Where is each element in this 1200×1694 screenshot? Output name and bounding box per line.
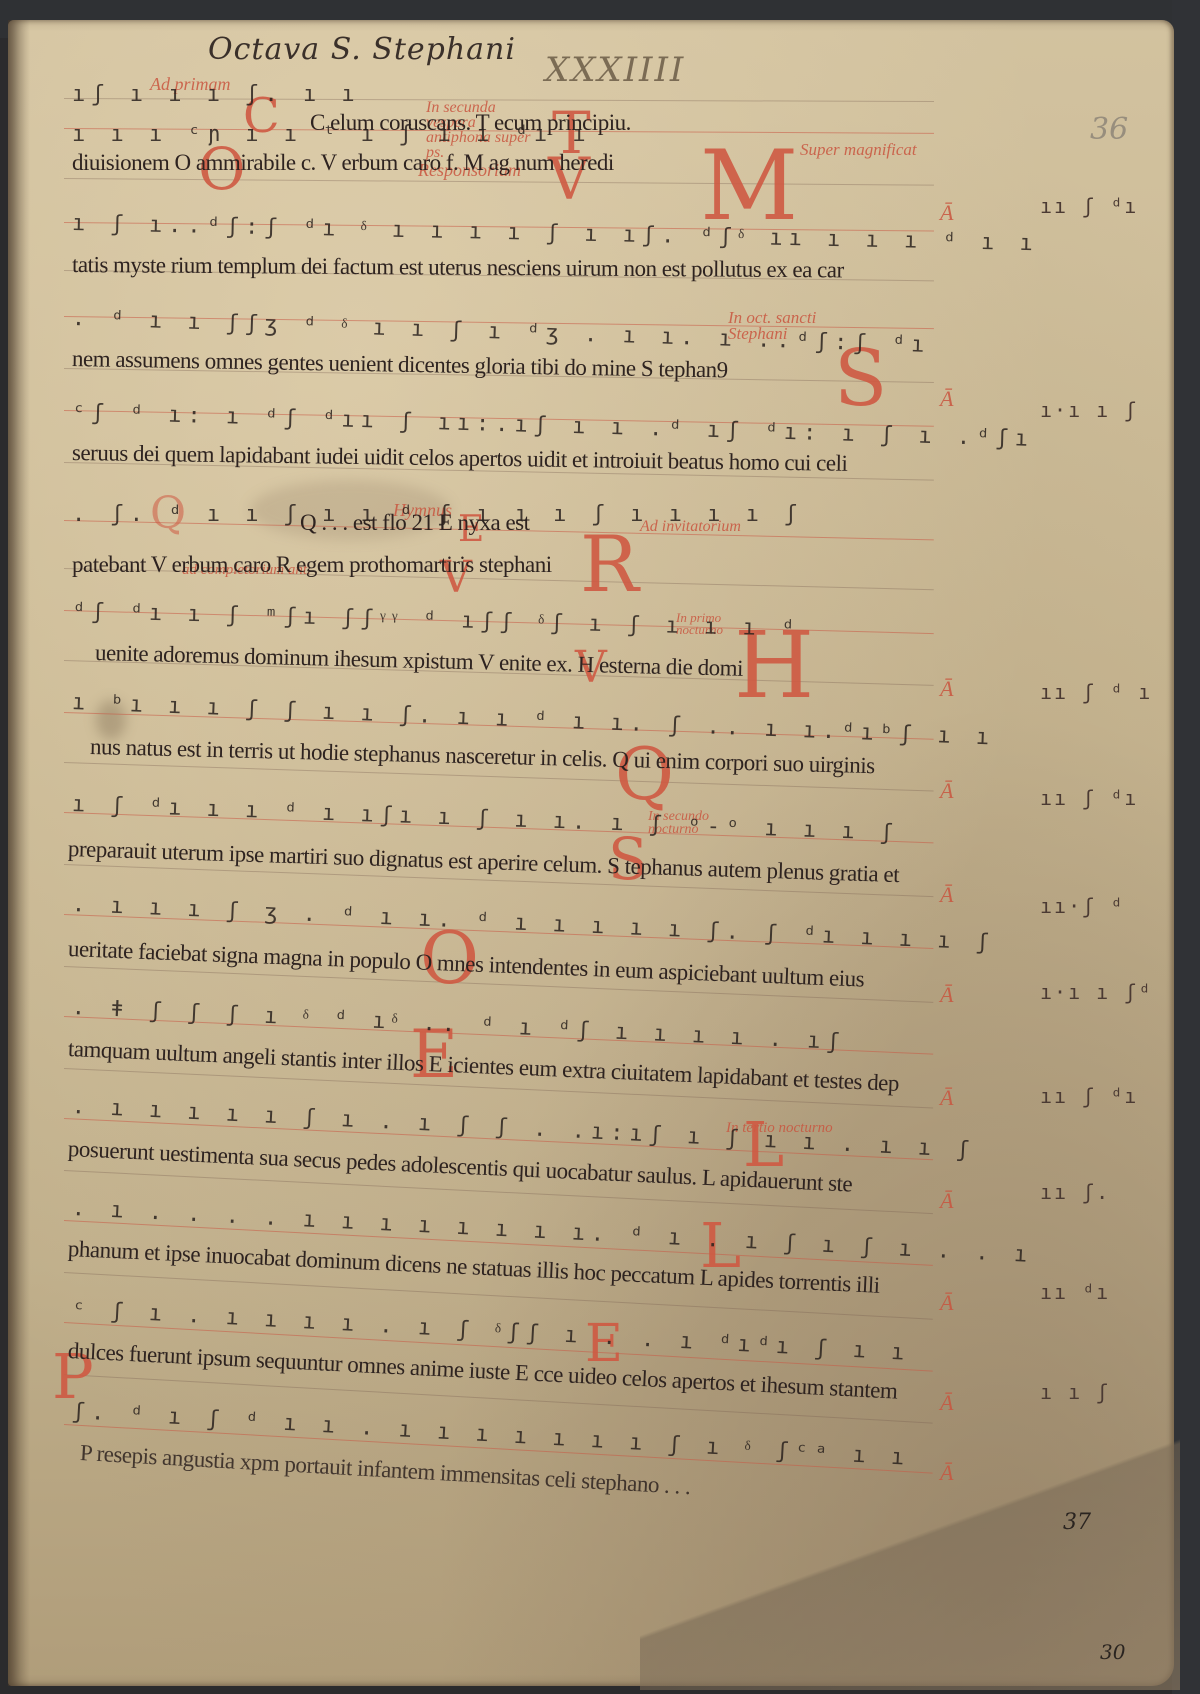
neume-line-6: . ʃ. ᵈ ı ı ʃ ı ı ᵈ ʃ ı ı ı ʃ ı ı ı ı ʃ xyxy=(72,502,952,527)
lower-page-number: 30 xyxy=(1100,1640,1125,1664)
margin-neume-tag: ıı ʃ ᵈ ı xyxy=(1040,680,1152,704)
margin-neume-tag: ıı·ʃ ᵈ xyxy=(1040,894,1124,918)
custos-mark: Ā xyxy=(940,386,953,412)
margin-neume-tag: ı ı ʃ xyxy=(1040,1380,1110,1404)
running-title: Octava S. Stephani xyxy=(208,32,516,67)
margin-neume-tag: ı·ı ı ʃᵈ xyxy=(1040,980,1152,1004)
margin-neume-tag: ı·ı ı ʃ xyxy=(1040,398,1138,422)
margin-neume-tag: ıı ʃ. xyxy=(1040,1180,1110,1204)
binding-gutter xyxy=(8,20,30,1686)
neume-line-2: ı ı ı ᶜɲ ı ı ᵗ ı ʃ ı ı ᵈı ı xyxy=(72,122,952,147)
custos-mark: Ā xyxy=(940,778,953,804)
margin-neume-tag: ıı ʃ ᵈı xyxy=(1040,194,1138,218)
text-line-7: patebant V erbum caro R egem prothomarti… xyxy=(72,552,952,578)
custos-mark: Ā xyxy=(940,200,953,226)
margin-neume-tag: ıı ʃ ᵈı xyxy=(1040,786,1138,810)
ink-page-number: 37 xyxy=(1063,1510,1091,1535)
neume-line-1: ıʃ ı ı ı ʃ. ı ı xyxy=(72,82,952,107)
text-line-2: diuisionem O ammirabile c. V erbum caro … xyxy=(72,150,952,176)
margin-neume-tag: ıı ᵈı xyxy=(1040,1280,1110,1304)
margin-neume-tag: ıı ʃ ᵈı xyxy=(1040,1084,1138,1108)
